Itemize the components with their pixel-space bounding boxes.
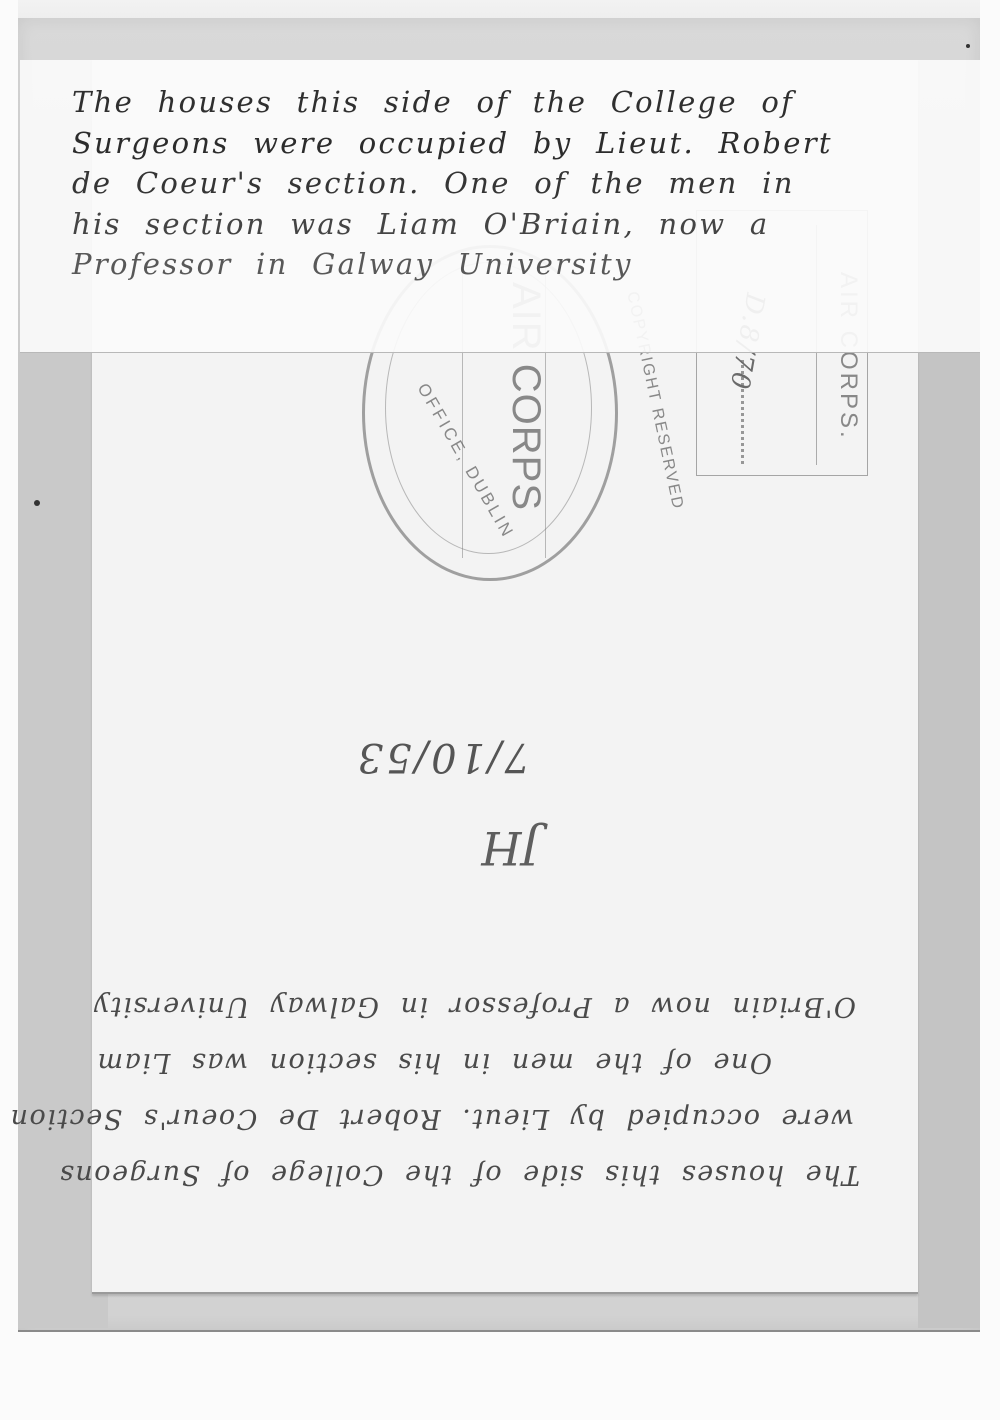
caption-line: Professor in Galway University [72,244,992,285]
inverted-note-line: O'Briain now a Professor in Galway Unive… [70,978,860,1034]
inverted-note-line: were occupied by Lieut. Robert De Coeur'… [70,1090,860,1146]
note-date: 7/10/53 [355,734,530,780]
caption-text: The houses this side of the College of S… [72,82,992,285]
inverted-handwritten-note: The houses this side of the College of S… [70,720,860,1250]
caption-line: The houses this side of the College of [72,82,992,123]
scanned-document: AIR CORPS COPYRIGHT RESERVED OFFICE, DUB… [0,0,1000,1420]
caption-line: Surgeons were occupied by Lieut. Robert [72,123,992,164]
sleeve-right-fold [918,352,980,1328]
paper-speck [966,44,970,48]
signature-initials: JH [481,821,540,875]
inverted-note-line: One of the men in his section was Liam [70,1034,860,1090]
inverted-note-line: The houses this side of the College of S… [70,1146,860,1202]
caption-line: de Coeur's section. One of the men in [72,163,992,204]
caption-line: his section was Liam O'Briain, now a [72,204,992,245]
paper-speck [34,500,40,506]
inverted-note-text: The houses this side of the College of S… [70,978,860,1202]
